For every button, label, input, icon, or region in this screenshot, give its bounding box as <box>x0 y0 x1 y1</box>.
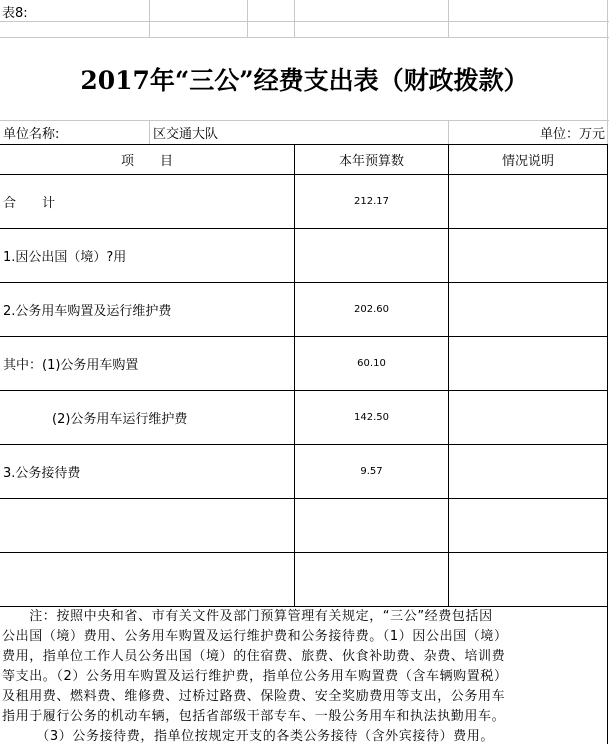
footnote-line: 注：按照中央和省、市有关文件及部门预算管理有关规定，“三公”经费包括因 <box>2 607 606 627</box>
row-note <box>449 391 607 444</box>
row-amount: 142.50 <box>295 391 448 444</box>
page-title: 2017年“三公”经费支出表（财政拨款） <box>0 37 609 120</box>
row-amount <box>295 229 448 282</box>
row-note <box>449 553 607 606</box>
row-amount: 60.10 <box>295 337 448 390</box>
gridline <box>149 0 150 37</box>
row-item: 1.因公出国（境）?用 <box>3 229 293 282</box>
row-amount: 212.17 <box>295 175 448 228</box>
row-note <box>449 283 607 336</box>
footnote-line: （3）公务接待费，指单位按规定开支的各类公务接待（含外宾接待）费用。 <box>2 727 606 744</box>
unit-name-label: 单位名称: <box>3 121 59 144</box>
row-amount <box>295 553 448 606</box>
table-border <box>607 144 608 744</box>
row-item: 2.公务用车购置及运行维护费 <box>3 283 293 336</box>
footnote-line: 等支出。（2）公务用车购置及运行维护费，指单位公务用车购置费（含车辆购置税） <box>2 667 606 687</box>
row-item: (2)公务用车运行维护费 <box>52 391 293 444</box>
row-amount: 9.57 <box>295 445 448 498</box>
row-item <box>3 499 293 552</box>
gridline <box>247 0 248 37</box>
row-note <box>449 229 607 282</box>
header-budget: 本年预算数 <box>295 145 448 174</box>
header-item: 项 目 <box>0 145 294 174</box>
row-item: 其中：(1)公务用车购置 <box>3 337 293 390</box>
footnote-line: 费用，指单位工作人员公务出国（境）的住宿费、旅费、伙食补助费、杂费、培训费 <box>2 647 606 667</box>
row-item: 3.公务接待费 <box>3 445 293 498</box>
row-note <box>449 337 607 390</box>
header-notes: 情况说明 <box>449 145 607 174</box>
unit-name-value: 区交通大队 <box>153 121 218 144</box>
footnote-line: 公出国（境）费用、公务用车购置及运行维护费和公务接待费。（1）因公出国（境） <box>2 627 606 647</box>
row-note <box>449 499 607 552</box>
gridline <box>149 120 150 144</box>
footnote: 注：按照中央和省、市有关文件及部门预算管理有关规定，“三公”经费包括因 公出国（… <box>2 607 606 744</box>
row-amount: 202.60 <box>295 283 448 336</box>
footnote-line: 指用于履行公务的机动车辆，包括省部级干部专车、一般公务用车和执法执勤用车。 <box>2 707 606 727</box>
row-item: 合 计 <box>3 175 293 228</box>
gridline <box>448 0 449 37</box>
row-note <box>449 175 607 228</box>
gridline <box>448 120 449 144</box>
sheet-label: 表8: <box>2 2 28 20</box>
footnote-line: 及租用费、燃料费、维修费、过桥过路费、保险费、安全奖励费用等支出，公务用车 <box>2 687 606 707</box>
gridline <box>294 0 295 37</box>
gridline <box>0 120 609 121</box>
unit-label: 单位：万元 <box>540 121 605 144</box>
row-amount <box>295 499 448 552</box>
row-note <box>449 445 607 498</box>
row-item <box>3 553 293 606</box>
gridline <box>0 21 609 22</box>
